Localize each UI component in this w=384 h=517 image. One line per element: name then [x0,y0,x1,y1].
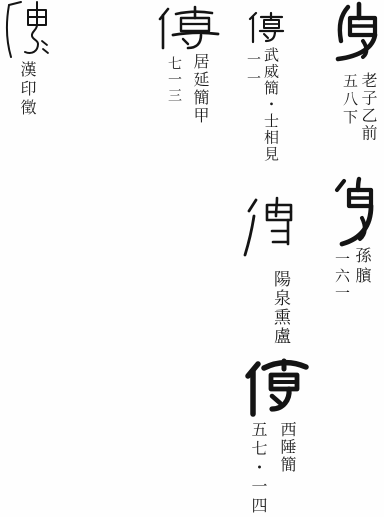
ref-label: 五七・一四 [250,421,266,516]
glyph-chuan-cursive-yangquan [241,196,309,257]
glyph-chuan-clerical-juyan [156,4,220,52]
glyph-chuan-clerical-xichui [244,358,311,418]
source-label: 陽泉熏盧 [271,270,288,346]
ref-label: 五八下 [342,73,357,127]
source-label: 居延簡甲 [192,53,208,125]
ref-label: 一六一 [334,251,349,302]
source-label: 孫臏 [354,247,370,287]
source-label: 老子乙前 [360,72,376,142]
ref-label: 一一 [246,52,260,90]
glyph-chuan-seal-hanyinzheng [1,0,53,58]
glyph-chuan-clerical-wuwei [248,11,285,44]
glyph-chuan-brush-sunbin [334,176,384,248]
source-label: 漢印徵 [19,61,35,118]
scanned-compendium-page: 漢印徵 居延簡甲 七一三 武威簡・士相見 [0,0,384,517]
ref-label: 七一三 [167,56,181,104]
glyph-chuan-brush-laozi [333,1,384,65]
source-label: 武威簡・士相見 [263,47,278,163]
source-label: 西陲簡 [279,421,295,474]
